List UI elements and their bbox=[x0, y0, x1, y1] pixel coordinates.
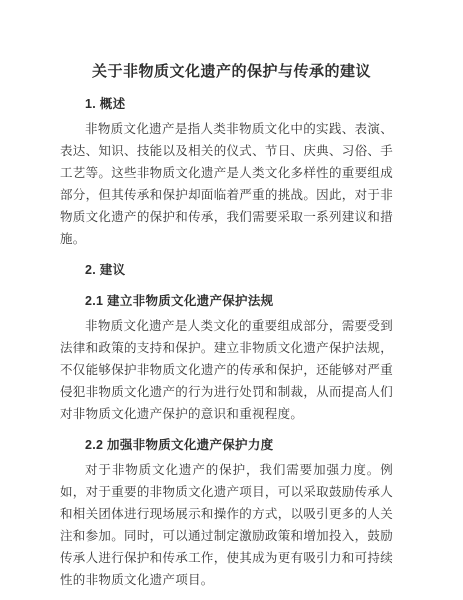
document-content: 1. 概述 非物质文化遗产是指人类非物质文化中的实践、表演、表达、知识、技能以及… bbox=[60, 93, 393, 591]
paragraph-strengthen-protection: 对于非物质文化遗产的保护，我们需要加强力度。例如，对于重要的非物质文化遗产项目，… bbox=[60, 459, 393, 591]
section-heading-overview: 1. 概述 bbox=[60, 93, 393, 115]
document-title: 关于非物质文化遗产的保护与传承的建议 bbox=[40, 60, 423, 84]
document-page: 关于非物质文化遗产的保护与传承的建议 1. 概述 非物质文化遗产是指人类非物质文… bbox=[0, 0, 463, 600]
paragraph-overview: 非物质文化遗产是指人类非物质文化中的实践、表演、表达、知识、技能以及相关的仪式、… bbox=[60, 118, 393, 250]
section-heading-protection-regulations: 2.1 建立非物质文化遗产保护法规 bbox=[60, 290, 393, 312]
section-heading-suggestions: 2. 建议 bbox=[60, 259, 393, 281]
paragraph-protection-regulations: 非物质文化遗产是人类文化的重要组成部分，需要受到法律和政策的支持和保护。建立非物… bbox=[60, 315, 393, 425]
section-heading-strengthen-protection: 2.2 加强非物质文化遗产保护力度 bbox=[60, 434, 393, 456]
